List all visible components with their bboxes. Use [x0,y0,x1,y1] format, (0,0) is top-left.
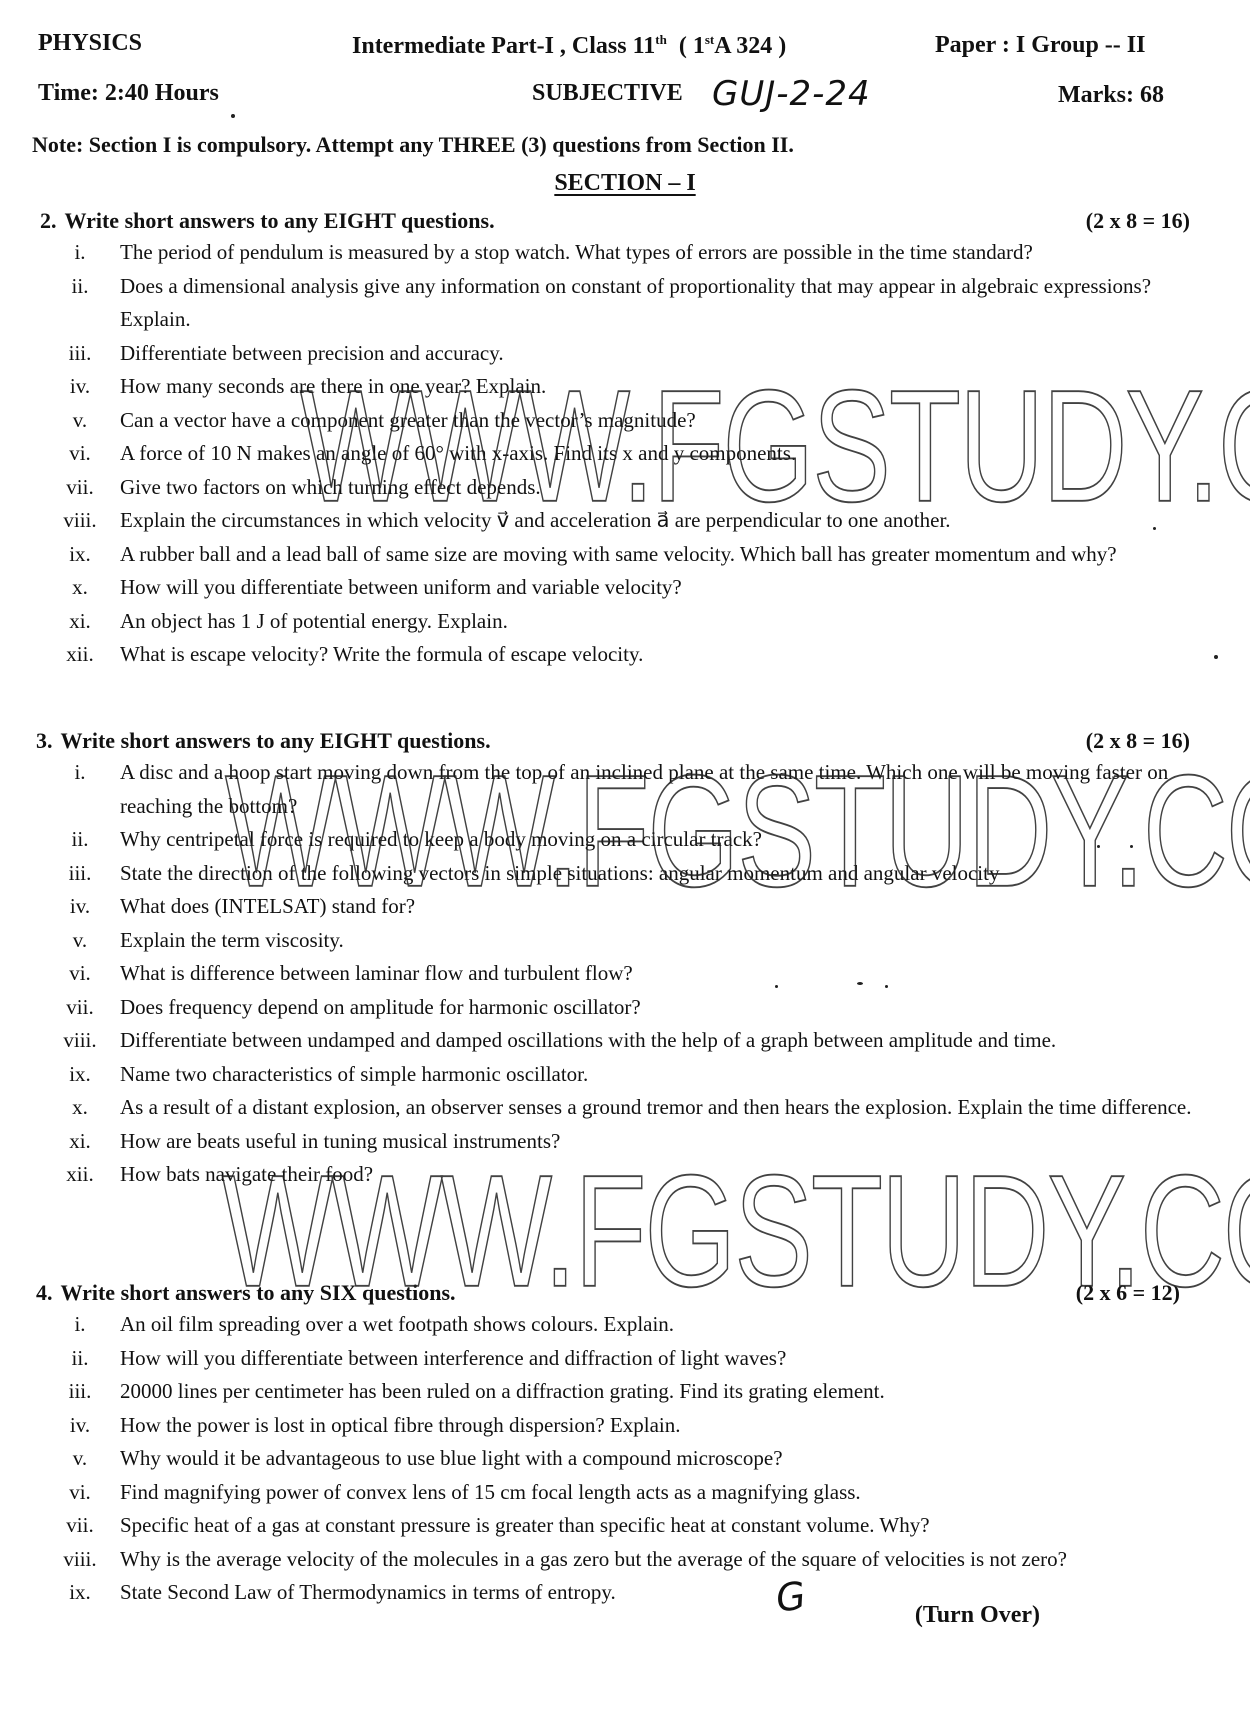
time-allowed: Time: 2:40 Hours [38,80,219,107]
question-number: 4. [36,1280,53,1305]
item-text: A rubber ball and a lead ball of same si… [120,538,1220,572]
speck [775,985,778,988]
question-item: v.Why would it be advantageous to use bl… [40,1442,1220,1476]
item-text: Why is the average velocity of the molec… [120,1543,1220,1577]
question-3-instruction: 3.Write short answers to any EIGHT quest… [36,728,491,754]
item-numeral: vii. [40,1509,120,1543]
item-numeral: ix. [40,538,120,572]
item-text: How will you differentiate between unifo… [120,571,1220,605]
item-text: How the power is lost in optical fibre t… [120,1409,1220,1443]
item-text: The period of pendulum is measured by a … [120,236,1220,270]
class-sup: th [655,32,667,47]
question-item: iii.Differentiate between precision and … [40,337,1220,371]
question-item: viii.Why is the average velocity of the … [40,1543,1220,1577]
question-item: viii.Differentiate between undamped and … [40,1024,1220,1058]
item-text: Find magnifying power of convex lens of … [120,1476,1220,1510]
item-numeral: iii. [40,1375,120,1409]
question-item: vii.Specific heat of a gas at constant p… [40,1509,1220,1543]
question-item: i.An oil film spreading over a wet footp… [40,1308,1220,1342]
item-numeral: vi. [40,437,120,471]
turn-over-label: (Turn Over) [915,1602,1040,1629]
speck [1153,527,1156,530]
item-text: A force of 10 N makes an angle of 60° wi… [120,437,1220,471]
item-text: How will you differentiate between inter… [120,1342,1220,1376]
item-text: State Second Law of Thermodynamics in te… [120,1576,1220,1610]
total-marks: Marks: 68 [1058,82,1164,109]
item-text: 20000 lines per centimeter has been rule… [120,1375,1220,1409]
question-2-header: 2.Write short answers to any EIGHT quest… [40,208,1190,234]
question-item: ix.Name two characteristics of simple ha… [40,1058,1220,1092]
item-text: Give two factors on which turning effect… [120,471,1220,505]
question-item: iv.What does (INTELSAT) stand for? [40,890,1220,924]
question-item: ii.Why centripetal force is required to … [40,823,1220,857]
question-3-items: i.A disc and a hoop start moving down fr… [40,756,1220,1192]
question-2-instruction: 2.Write short answers to any EIGHT quest… [40,208,495,234]
item-numeral: vi. [40,957,120,991]
question-item: i.A disc and a hoop start moving down fr… [40,756,1220,823]
question-item: iii.State the direction of the following… [40,857,1220,891]
question-4-items: i.An oil film spreading over a wet footp… [40,1308,1220,1610]
item-text: Specific heat of a gas at constant press… [120,1509,1220,1543]
item-numeral: viii. [40,1543,120,1577]
item-numeral: xi. [40,1125,120,1159]
item-text: Explain the circumstances in which veloc… [120,504,1220,538]
item-numeral: ii. [40,1342,120,1376]
item-numeral: v. [40,404,120,438]
subject-title: PHYSICS [38,30,142,57]
item-numeral: ix. [40,1058,120,1092]
item-numeral: i. [40,756,120,790]
question-item: v.Explain the term viscosity. [40,924,1220,958]
paper-group: Paper : I Group -- II [935,32,1145,59]
question-item: ii.How will you differentiate between in… [40,1342,1220,1376]
section-title-text: SECTION – I [554,170,695,196]
speck [1097,845,1100,848]
question-item: vi.Find magnifying power of convex lens … [40,1476,1220,1510]
paper-code-prefix: ( 1 [679,33,705,59]
item-text: Explain the term viscosity. [120,924,1220,958]
item-text: As a result of a distant explosion, an o… [120,1091,1220,1125]
class-info-text: Intermediate Part-I , Class 11 [352,33,655,59]
question-item: vii.Does frequency depend on amplitude f… [40,991,1220,1025]
section-title: SECTION – I [0,170,1250,197]
paper-code-suffix: A 324 ) [714,33,786,59]
item-text: What is difference between laminar flow … [120,957,1220,991]
question-item: iv.How many seconds are there in one yea… [40,370,1220,404]
item-text: Name two characteristics of simple harmo… [120,1058,1220,1092]
exam-paper: PHYSICS Intermediate Part-I , Class 11th… [0,0,1250,1729]
item-numeral: vii. [40,991,120,1025]
question-instruction: Write short answers to any SIX questions… [61,1280,456,1305]
question-item: i.The period of pendulum is measured by … [40,236,1220,270]
question-marks: (2 x 8 = 16) [1086,728,1190,754]
question-item: viii.Explain the circumstances in which … [40,504,1220,538]
item-numeral: vii. [40,471,120,505]
handwritten-code: GUJ-2-24 [712,74,871,114]
item-text: Why would it be advantageous to use blue… [120,1442,1220,1476]
item-text: Can a vector have a component greater th… [120,404,1220,438]
item-numeral: ii. [40,270,120,304]
item-text: An object has 1 J of potential energy. E… [120,605,1220,639]
item-text: What is escape velocity? Write the formu… [120,638,1220,672]
question-4-header: 4.Write short answers to any SIX questio… [36,1280,1180,1306]
question-item: vi.What is difference between laminar fl… [40,957,1220,991]
question-4-instruction: 4.Write short answers to any SIX questio… [36,1280,456,1306]
paper-type: SUBJECTIVE [532,80,683,107]
item-numeral: i. [40,1308,120,1342]
question-item: xi.An object has 1 J of potential energy… [40,605,1220,639]
item-numeral: v. [40,1442,120,1476]
question-item: vii.Give two factors on which turning ef… [40,471,1220,505]
question-item: ii.Does a dimensional analysis give any … [40,270,1220,337]
question-item: ix.A rubber ball and a lead ball of same… [40,538,1220,572]
question-instruction: Write short answers to any EIGHT questio… [61,728,491,753]
item-numeral: iv. [40,370,120,404]
item-numeral: xii. [40,1158,120,1192]
question-3-header: 3.Write short answers to any EIGHT quest… [36,728,1190,754]
item-numeral: vi. [40,1476,120,1510]
speck [885,985,888,988]
question-item: x.How will you differentiate between uni… [40,571,1220,605]
question-instruction: Write short answers to any EIGHT questio… [65,208,495,233]
item-text: An oil film spreading over a wet footpat… [120,1308,1220,1342]
item-text: Does frequency depend on amplitude for h… [120,991,1220,1025]
item-text: State the direction of the following vec… [120,857,1220,891]
handwritten-scribble: G [773,1573,808,1621]
question-item: v.Can a vector have a component greater … [40,404,1220,438]
question-number: 2. [40,208,57,233]
item-numeral: ix. [40,1576,120,1610]
question-2-items: i.The period of pendulum is measured by … [40,236,1220,672]
paper-code-sup: st [705,32,714,47]
question-item: iii.20000 lines per centimeter has been … [40,1375,1220,1409]
speck [1214,655,1218,659]
item-text: How are beats useful in tuning musical i… [120,1125,1220,1159]
item-numeral: ii. [40,823,120,857]
question-marks: (2 x 6 = 12) [1076,1280,1180,1306]
item-numeral: xii. [40,638,120,672]
item-numeral: iv. [40,890,120,924]
item-text: Why centripetal force is required to kee… [120,823,1220,857]
speck [231,114,235,118]
question-item: xi.How are beats useful in tuning musica… [40,1125,1220,1159]
item-numeral: iii. [40,857,120,891]
item-text: Differentiate between undamped and dampe… [120,1024,1220,1058]
speck [857,982,863,985]
question-item: vi.A force of 10 N makes an angle of 60°… [40,437,1220,471]
item-numeral: xi. [40,605,120,639]
item-text: How bats navigate their food? [120,1158,1220,1192]
question-item: x.As a result of a distant explosion, an… [40,1091,1220,1125]
item-text: How many seconds are there in one year? … [120,370,1220,404]
item-numeral: v. [40,924,120,958]
item-numeral: x. [40,1091,120,1125]
instruction-note: Note: Section I is compulsory. Attempt a… [32,132,794,158]
item-numeral: iv. [40,1409,120,1443]
question-number: 3. [36,728,53,753]
question-item: ix.State Second Law of Thermodynamics in… [40,1576,1220,1610]
item-numeral: viii. [40,504,120,538]
item-text: Does a dimensional analysis give any inf… [120,270,1220,337]
question-marks: (2 x 8 = 16) [1086,208,1190,234]
class-info: Intermediate Part-I , Class 11th ( 1stA … [352,32,786,60]
item-numeral: x. [40,571,120,605]
question-item: xii.What is escape velocity? Write the f… [40,638,1220,672]
item-numeral: iii. [40,337,120,371]
item-text: What does (INTELSAT) stand for? [120,890,1220,924]
item-text: Differentiate between precision and accu… [120,337,1220,371]
question-item: iv.How the power is lost in optical fibr… [40,1409,1220,1443]
item-text: A disc and a hoop start moving down from… [120,756,1220,823]
question-item: xii.How bats navigate their food? [40,1158,1220,1192]
item-numeral: i. [40,236,120,270]
item-numeral: viii. [40,1024,120,1058]
speck [1130,845,1133,848]
